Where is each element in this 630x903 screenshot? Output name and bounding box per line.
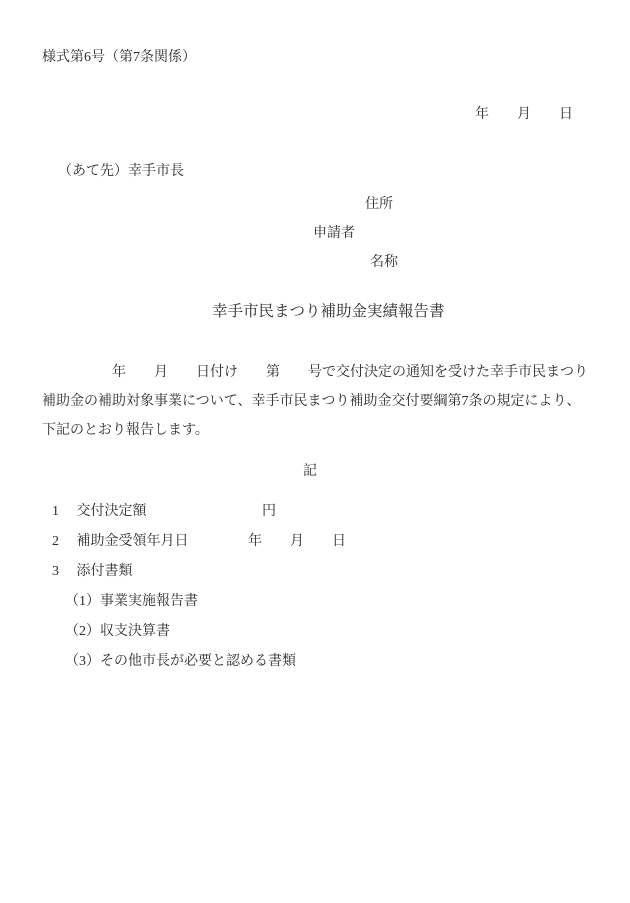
sub-item-business-report: （1）事業実施報告書 — [65, 594, 198, 611]
sub-item-other-documents: （3）その他市長が必要と認める書類 — [65, 654, 296, 671]
applicant-address-label: 住所 — [365, 197, 393, 214]
form-number: 様式第6号（第7条関係） — [42, 50, 196, 67]
applicant-name-label: 名称 — [370, 255, 398, 272]
body-line: 年 月 日付け 第 号で交付決定の通知を受けた幸手市民まつり — [42, 365, 588, 382]
applicant-label: 申請者 — [313, 226, 355, 243]
body-line: 下記のとおり報告します。 — [42, 423, 209, 440]
addressee: （あて先）幸手市長 — [58, 164, 184, 181]
date-line: 年 月 日 — [475, 107, 573, 124]
list-item-grant-amount: 1 交付決定額 円 — [52, 504, 276, 521]
body-line: 補助金の補助対象事業について、幸手市民まつり補助金交付要綱第7条の規定により、 — [42, 394, 580, 411]
record-marker: 記 — [303, 464, 317, 481]
document-title: 幸手市民まつり補助金実績報告書 — [212, 303, 445, 322]
list-item-attachments: 3 添付書類 — [52, 564, 133, 581]
document-page: 様式第6号（第7条関係） 年 月 日 （あて先）幸手市長 住所 申請者 名称 幸… — [0, 0, 630, 903]
sub-item-financial-statement: （2）収支決算書 — [65, 624, 170, 641]
list-item-receipt-date: 2 補助金受領年月日 年 月 日 — [52, 534, 346, 551]
